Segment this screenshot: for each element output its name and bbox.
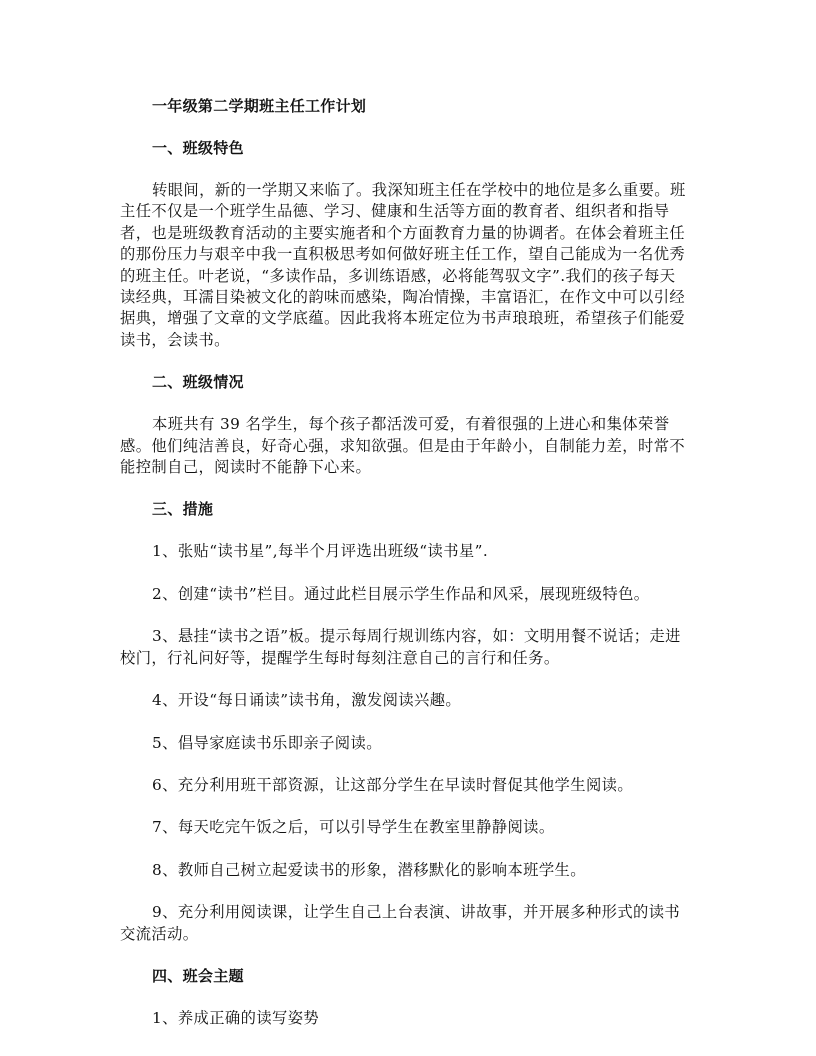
text-line: 本班共有 39 名学生，每个孩子都活泼可爱，有着很强的上进心和集体荣誉: [120, 414, 698, 435]
measure-item-7: 7、每天吃完午饭之后，可以引导学生在教室里静静阅读。: [120, 817, 698, 838]
text-line: 9、充分利用阅读课，让学生自己上台表演、讲故事，并开展多种形式的读书: [120, 902, 698, 923]
text-line: 读经典，耳濡目染被文化的韵味而感染，陶冶情操，丰富语汇，在作文中可以引经: [120, 287, 698, 308]
text-line: 感。他们纯洁善良，好奇心强，求知欲强。但是由于年龄小，自制能力差，时常不: [120, 436, 698, 457]
text-line: 3、悬挂“读书之语”板。提示每周行规训练内容，如：文明用餐不说话；走进: [120, 626, 698, 647]
text-line: 读书，会读书。: [120, 330, 698, 351]
document-title: 一年级第二学期班主任工作计划: [120, 96, 698, 117]
text-line: 者，也是班级教育活动的主要实施者和个方面教育力量的协调者。在体会着班主任: [120, 223, 698, 244]
text-line: 4、开设“每日诵读”读书角，激发阅读兴趣。: [120, 690, 698, 711]
measure-item-5: 5、倡导家庭读书乐即亲子阅读。: [120, 733, 698, 754]
text-line: 主任不仅是一个班学生品德、学习、健康和生活等方面的教育者、组织者和指导: [120, 201, 698, 222]
text-line: 转眼间，新的一学期又来临了。我深知班主任在学校中的地位是多么重要。班: [120, 180, 698, 201]
text-line: 的班主任。叶老说，“多读作品，多训练语感，必将能驾驭文字”.我们的孩子每天: [120, 266, 698, 287]
text-line: 1、养成正确的读写姿势: [120, 1008, 698, 1029]
measure-item-2: 2、创建“读书”栏目。通过此栏目展示学生作品和风采，展现班级特色。: [120, 584, 698, 605]
section-heading-class-situation: 二、班级情况: [120, 372, 698, 393]
section-heading-class-meeting-themes: 四、班会主题: [120, 966, 698, 987]
paragraph: 转眼间，新的一学期又来临了。我深知班主任在学校中的地位是多么重要。班 主任不仅是…: [120, 180, 698, 351]
text-line: 据典，增强了文章的文学底蕴。因此我将本班定位为书声琅琅班，希望孩子们能爱: [120, 308, 698, 329]
section-heading-measures: 三、措施: [120, 499, 698, 520]
paragraph: 本班共有 39 名学生，每个孩子都活泼可爱，有着很强的上进心和集体荣誉 感。他们…: [120, 414, 698, 478]
measure-item-3: 3、悬挂“读书之语”板。提示每周行规训练内容，如：文明用餐不说话；走进 校门，行…: [120, 626, 698, 669]
text-line: 能控制自己，阅读时不能静下心来。: [120, 457, 698, 478]
measure-item-6: 6、充分利用班干部资源，让这部分学生在早读时督促其他学生阅读。: [120, 775, 698, 796]
text-line: 6、充分利用班干部资源，让这部分学生在早读时督促其他学生阅读。: [120, 775, 698, 796]
text-line: 校门，行礼问好等，提醒学生每时每刻注意自己的言行和任务。: [120, 648, 698, 669]
text-line: 5、倡导家庭读书乐即亲子阅读。: [120, 733, 698, 754]
text-line: 的那份压力与艰辛中我一直积极思考如何做好班主任工作，望自己能成为一名优秀: [120, 244, 698, 265]
text-line: 交流活动。: [120, 924, 698, 945]
measure-item-9: 9、充分利用阅读课，让学生自己上台表演、讲故事，并开展多种形式的读书 交流活动。: [120, 902, 698, 945]
text-line: 1、张贴“读书星”,每半个月评选出班级“读书星”.: [120, 541, 698, 562]
measure-item-1: 1、张贴“读书星”,每半个月评选出班级“读书星”.: [120, 541, 698, 562]
text-line: 2、创建“读书”栏目。通过此栏目展示学生作品和风采，展现班级特色。: [120, 584, 698, 605]
measure-item-4: 4、开设“每日诵读”读书角，激发阅读兴趣。: [120, 690, 698, 711]
document-page: 一年级第二学期班主任工作计划 一、班级特色 转眼间，新的一学期又来临了。我深知班…: [120, 96, 698, 1050]
text-line: 7、每天吃完午饭之后，可以引导学生在教室里静静阅读。: [120, 817, 698, 838]
measure-item-8: 8、教师自己树立起爱读书的形象，潜移默化的影响本班学生。: [120, 860, 698, 881]
text-line: 8、教师自己树立起爱读书的形象，潜移默化的影响本班学生。: [120, 860, 698, 881]
theme-item-1: 1、养成正确的读写姿势: [120, 1008, 698, 1029]
section-heading-class-features: 一、班级特色: [120, 138, 698, 159]
